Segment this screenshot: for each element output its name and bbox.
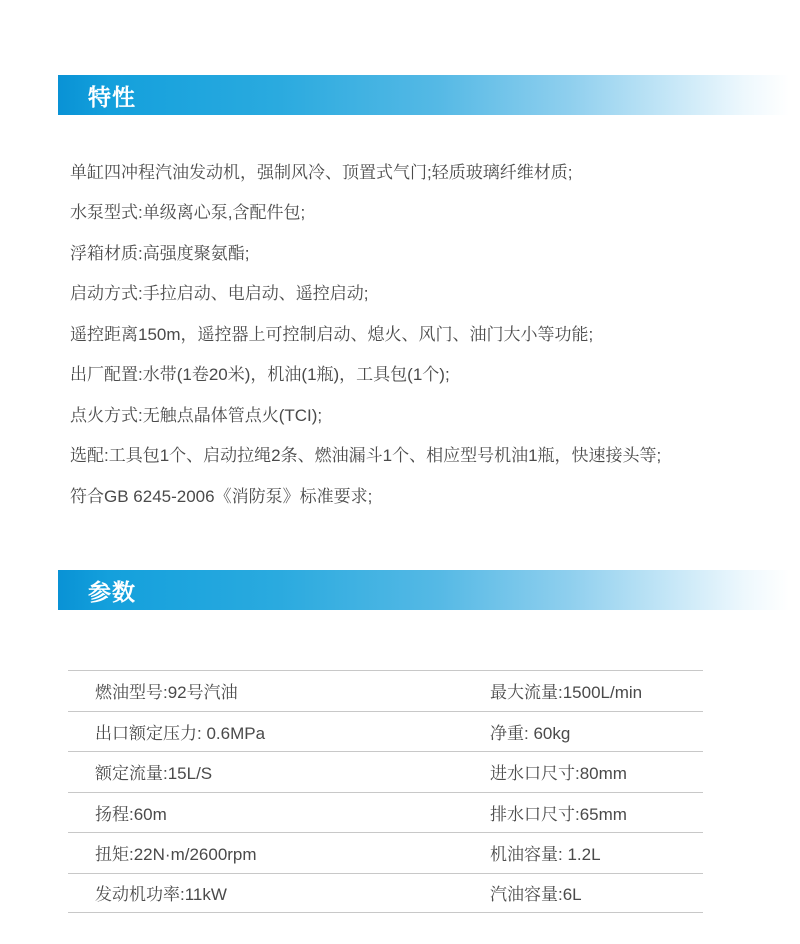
- spec-cell: 净重: 60kg: [490, 719, 703, 744]
- feature-line: 水泵型式:单级离心泵,含配件包;: [70, 191, 770, 232]
- feature-line: 选配:工具包1个、启动拉绳2条、燃油漏斗1个、相应型号机油1瓶，快速接头等;: [70, 434, 770, 475]
- spec-row: 扭矩:22N·m/2600rpm 机油容量: 1.2L: [68, 832, 703, 873]
- spec-cell: 扭矩:22N·m/2600rpm: [68, 840, 490, 865]
- feature-line: 出厂配置:水带(1卷20米)，机油(1瓶)，工具包(1个);: [70, 353, 770, 394]
- spec-row: 出口额定压力: 0.6MPa 净重: 60kg: [68, 711, 703, 752]
- feature-line: 遥控距离150m，遥控器上可控制启动、熄火、风门、油门大小等功能;: [70, 312, 770, 353]
- spec-row: 扬程:60m 排水口尺寸:65mm: [68, 792, 703, 833]
- features-list: 单缸四冲程汽油发动机，强制风冷、顶置式气门;轻质玻璃纤维材质; 水泵型式:单级离…: [70, 150, 770, 515]
- product-detail-page: 特性 单缸四冲程汽油发动机，强制风冷、顶置式气门;轻质玻璃纤维材质; 水泵型式:…: [0, 0, 800, 944]
- spec-cell: 发动机功率:11kW: [68, 880, 490, 905]
- spec-row: 发动机功率:11kW 汽油容量:6L: [68, 873, 703, 914]
- spec-row: 额定流量:15L/S 进水口尺寸:80mm: [68, 751, 703, 792]
- spec-table: 燃油型号:92号汽油 最大流量:1500L/min 出口额定压力: 0.6MPa…: [68, 670, 703, 913]
- spec-cell: 汽油容量:6L: [490, 880, 703, 905]
- spec-cell: 最大流量:1500L/min: [490, 678, 703, 703]
- feature-line: 单缸四冲程汽油发动机，强制风冷、顶置式气门;轻质玻璃纤维材质;: [70, 150, 770, 191]
- spec-cell: 额定流量:15L/S: [68, 759, 490, 784]
- spec-cell: 出口额定压力: 0.6MPa: [68, 719, 490, 744]
- spec-cell: 进水口尺寸:80mm: [490, 759, 703, 784]
- feature-line: 符合GB 6245-2006《消防泵》标准要求;: [70, 474, 770, 515]
- specs-section-title: 参数: [88, 574, 136, 607]
- feature-line: 启动方式:手拉启动、电启动、遥控启动;: [70, 272, 770, 313]
- specs-section-header: 参数: [58, 570, 789, 610]
- features-section-header: 特性: [58, 75, 789, 115]
- feature-line: 浮箱材质:高强度聚氨酯;: [70, 231, 770, 272]
- spec-cell: 机油容量: 1.2L: [490, 840, 703, 865]
- feature-line: 点火方式:无触点晶体管点火(TCI);: [70, 393, 770, 434]
- spec-row: 燃油型号:92号汽油 最大流量:1500L/min: [68, 670, 703, 711]
- spec-cell: 扬程:60m: [68, 800, 490, 825]
- features-section-title: 特性: [88, 79, 136, 112]
- spec-cell: 燃油型号:92号汽油: [68, 678, 490, 703]
- spec-cell: 排水口尺寸:65mm: [490, 800, 703, 825]
